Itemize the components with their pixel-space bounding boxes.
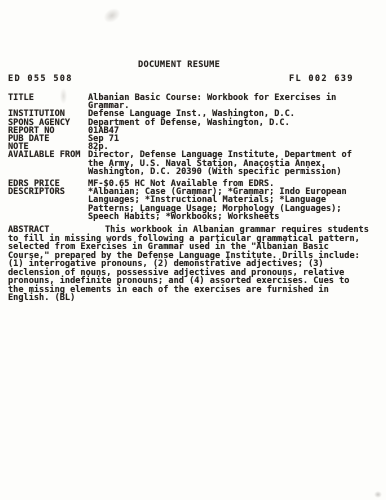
field-value: Director, Defense Language Institute, De… <box>88 151 382 176</box>
scan-smudge <box>101 5 123 26</box>
field-value: Sep 71 <box>88 135 382 143</box>
field-row-report-no: REPORT NO 01AB47 <box>8 127 382 135</box>
field-label: TITLE <box>8 94 88 102</box>
clearinghouse-number: FL 002 639 <box>289 74 354 84</box>
field-label: AVAILABLE FROM <box>8 151 88 159</box>
scan-smudge <box>374 491 382 498</box>
document-page: DOCUMENT RESUME ED 055 508 FL 002 639 TI… <box>0 0 386 500</box>
field-value: *Albanian; Case (Grammar); *Grammar; Ind… <box>88 188 382 221</box>
document-resume-header: DOCUMENT RESUME <box>138 60 220 70</box>
field-value: Department of Defense, Washington, D.C. <box>88 119 382 127</box>
field-row-spons-agency: SPONS AGENCY Department of Defense, Wash… <box>8 119 382 127</box>
abstract-text: This workbook in Albanian grammar requir… <box>8 226 382 303</box>
field-row-title: TITLE Albanian Basic Course: Workbook fo… <box>8 94 382 110</box>
field-list: TITLE Albanian Basic Course: Workbook fo… <box>8 94 382 221</box>
field-row-available-from: AVAILABLE FROM Director, Defense Languag… <box>8 151 382 176</box>
ed-accession-number: ED 055 508 <box>8 74 73 84</box>
field-value: Albanian Basic Course: Workbook for Exer… <box>88 94 382 110</box>
field-row-pub-date: PUB DATE Sep 71 <box>8 135 382 143</box>
field-value: 01AB47 <box>88 127 382 135</box>
field-row-descriptors: DESCRIPTORS *Albanian; Case (Grammar); *… <box>8 188 382 221</box>
field-label: DESCRIPTORS <box>8 188 88 196</box>
